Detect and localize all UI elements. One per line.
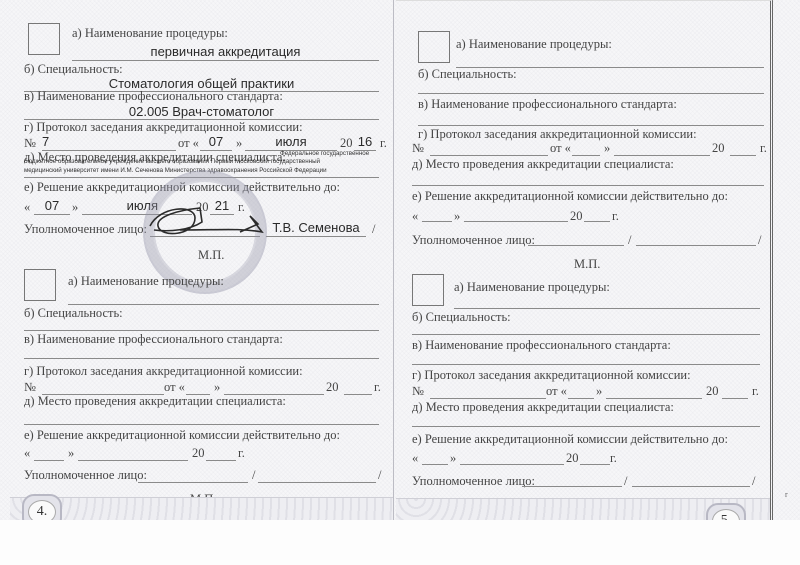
year-suffix: г. bbox=[612, 209, 619, 224]
from-label: от « bbox=[164, 380, 185, 395]
quote-close: » bbox=[454, 209, 460, 224]
year-suffix: г. bbox=[610, 451, 617, 466]
protocol-label: г) Протокол заседания аккредитационной к… bbox=[418, 127, 697, 142]
year-prefix: 20 bbox=[566, 451, 579, 466]
from-label: от « bbox=[178, 136, 199, 151]
authorized-label: Уполномоченное лицо: bbox=[412, 474, 535, 489]
place-line bbox=[412, 185, 764, 186]
signature-line bbox=[522, 486, 622, 487]
protocol-number-line bbox=[430, 155, 548, 156]
seal-mark: М.П. bbox=[574, 257, 600, 272]
specialty-label: б) Специальность: bbox=[24, 306, 123, 321]
valid-year-line bbox=[580, 464, 610, 465]
signature-line bbox=[138, 482, 248, 483]
entry-checkbox[interactable] bbox=[24, 269, 56, 301]
protocol-year: 16 bbox=[354, 134, 376, 149]
year-prefix: 20 bbox=[340, 136, 353, 151]
place-line bbox=[412, 426, 760, 427]
procedure-label: а) Наименование процедуры: bbox=[454, 280, 610, 295]
number-sign: № bbox=[24, 136, 36, 151]
protocol-month-line bbox=[614, 155, 710, 156]
procedure-label: а) Наименование процедуры: bbox=[456, 37, 612, 52]
year-suffix: г. bbox=[760, 141, 767, 156]
quote-close: » bbox=[604, 141, 610, 156]
specialty-line bbox=[24, 330, 379, 331]
entry-checkbox[interactable] bbox=[28, 23, 60, 55]
protocol-day-line bbox=[568, 398, 594, 399]
specialty-line bbox=[418, 93, 764, 94]
signer-name-line bbox=[636, 245, 756, 246]
slash: / bbox=[372, 222, 375, 237]
specialty-line bbox=[412, 334, 760, 335]
protocol-label: г) Протокол заседания аккредитационной к… bbox=[412, 368, 691, 383]
entry-checkbox[interactable] bbox=[412, 274, 444, 306]
standard-label: в) Наименование профессионального станда… bbox=[418, 97, 677, 112]
protocol-year-line bbox=[722, 398, 748, 399]
year-prefix: 20 bbox=[192, 446, 205, 461]
decision-label: е) Решение аккредитационной комиссии дей… bbox=[412, 189, 728, 204]
quote-close: » bbox=[450, 451, 456, 466]
authorized-label: Уполномоченное лицо: bbox=[24, 222, 147, 237]
year-suffix: г. bbox=[374, 380, 381, 395]
quote-close: » bbox=[72, 200, 78, 215]
signer-name: Т.В. Семенова bbox=[266, 220, 366, 235]
protocol-month-line bbox=[606, 398, 702, 399]
procedure-label: а) Наименование процедуры: bbox=[72, 26, 228, 41]
valid-day-line bbox=[34, 460, 64, 461]
quote-open: « bbox=[412, 451, 418, 466]
year-suffix: г. bbox=[238, 446, 245, 461]
specialty-label: б) Специальность: bbox=[412, 310, 511, 325]
signer-name-line bbox=[266, 236, 366, 237]
protocol-number-line bbox=[430, 398, 546, 399]
scanned-document: а) Наименование процедуры: первичная акк… bbox=[0, 0, 800, 565]
procedure-line bbox=[68, 304, 379, 305]
decision-label: е) Решение аккредитационной комиссии дей… bbox=[412, 432, 728, 447]
valid-day: 07 bbox=[34, 198, 70, 213]
number-sign: № bbox=[412, 141, 424, 156]
year-prefix: 20 bbox=[712, 141, 725, 156]
place-value-line1: Федеральное государственное bbox=[280, 150, 369, 158]
standard-line bbox=[418, 125, 764, 126]
place-value-line2: бюджетное образовательное учреждение выс… bbox=[24, 158, 320, 166]
quote-open: « bbox=[24, 446, 30, 461]
quote-close: » bbox=[596, 384, 602, 399]
year-prefix: 20 bbox=[706, 384, 719, 399]
protocol-month: июля bbox=[245, 134, 337, 149]
quote-close: » bbox=[236, 136, 242, 151]
slash: / bbox=[628, 233, 631, 248]
entry-checkbox[interactable] bbox=[418, 31, 450, 63]
signer-name-line bbox=[258, 482, 376, 483]
signature-line bbox=[528, 245, 624, 246]
decorative-border bbox=[10, 497, 393, 520]
place-label: д) Место проведения аккредитации специал… bbox=[412, 157, 674, 172]
protocol-day-line bbox=[572, 155, 600, 156]
number-sign: № bbox=[412, 384, 424, 399]
specialty-label: б) Специальность: bbox=[24, 62, 123, 77]
page-5: а) Наименование процедуры: б) Специально… bbox=[396, 0, 773, 521]
signer-name-line bbox=[632, 486, 750, 487]
standard-label: в) Наименование профессионального станда… bbox=[24, 332, 283, 347]
place-line bbox=[24, 424, 379, 425]
year-prefix: 20 bbox=[326, 380, 339, 395]
standard-line bbox=[24, 358, 379, 359]
quote-close: » bbox=[68, 446, 74, 461]
valid-year-line bbox=[584, 221, 610, 222]
protocol-day: 07 bbox=[200, 134, 232, 149]
slash: / bbox=[252, 468, 255, 483]
scan-artifact: r bbox=[785, 490, 788, 499]
slash: / bbox=[624, 474, 627, 489]
procedure-line bbox=[454, 308, 760, 309]
protocol-label: г) Протокол заседания аккредитационной к… bbox=[24, 120, 303, 135]
from-label: от « bbox=[550, 141, 571, 156]
standard-label: в) Наименование профессионального станда… bbox=[412, 338, 671, 353]
protocol-label: г) Протокол заседания аккредитационной к… bbox=[24, 364, 303, 379]
quote-open: « bbox=[24, 200, 30, 215]
procedure-label: а) Наименование процедуры: bbox=[68, 274, 224, 289]
signature-icon bbox=[140, 196, 270, 246]
valid-month-line bbox=[78, 460, 188, 461]
valid-month-line bbox=[460, 464, 564, 465]
authorized-label: Уполномоченное лицо: bbox=[412, 233, 535, 248]
quote-open: « bbox=[412, 209, 418, 224]
procedure-line bbox=[72, 60, 379, 61]
protocol-year-line bbox=[344, 394, 372, 395]
decision-label: е) Решение аккредитационной комиссии дей… bbox=[24, 428, 340, 443]
protocol-number: 7 bbox=[42, 134, 49, 149]
scan-margin bbox=[0, 520, 800, 565]
place-label: д) Место проведения аккредитации специал… bbox=[24, 394, 286, 409]
slash: / bbox=[752, 474, 755, 489]
slash: / bbox=[378, 468, 381, 483]
valid-day-line bbox=[422, 221, 452, 222]
from-label: от « bbox=[546, 384, 567, 399]
protocol-year-line bbox=[730, 155, 756, 156]
specialty-label: б) Специальность: bbox=[418, 67, 517, 82]
standard-value: 02.005 Врач-стоматолог bbox=[24, 104, 379, 119]
valid-month-line bbox=[464, 221, 568, 222]
valid-day-line bbox=[34, 214, 70, 215]
standard-line bbox=[412, 364, 760, 365]
quote-close: » bbox=[214, 380, 220, 395]
page-4: а) Наименование процедуры: первичная акк… bbox=[10, 0, 394, 520]
valid-year-line bbox=[206, 460, 236, 461]
valid-day-line bbox=[422, 464, 448, 465]
slash: / bbox=[758, 233, 761, 248]
year-suffix: г. bbox=[752, 384, 759, 399]
number-sign: № bbox=[24, 380, 36, 395]
year-suffix: г. bbox=[380, 136, 387, 151]
place-label: д) Место проведения аккредитации специал… bbox=[412, 400, 674, 415]
year-prefix: 20 bbox=[570, 209, 583, 224]
standard-label: в) Наименование профессионального станда… bbox=[24, 89, 283, 104]
place-value-line3: медицинский университет имени И.М. Сечен… bbox=[24, 167, 327, 175]
procedure-value: первичная аккредитация bbox=[72, 44, 379, 59]
authorized-label: Уполномоченное лицо: bbox=[24, 468, 147, 483]
